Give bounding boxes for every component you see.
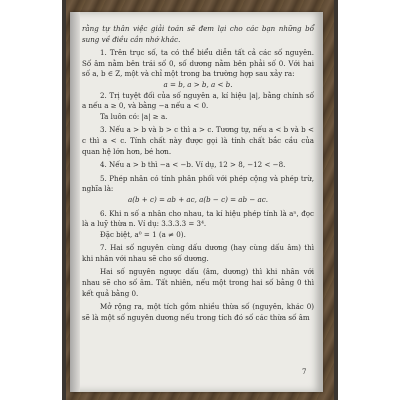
item-6-note: Đặc biệt, a⁰ = 1 (a ≠ 0). (82, 230, 314, 241)
item-7-b: Hai số nguyên ngược dấu (âm, dương) thì … (82, 267, 314, 299)
item-4: 4. Nếu a > b thì −a < −b. Ví dụ, 12 > 8,… (82, 160, 314, 171)
item-1: 1. Trên trục số, ta có thể biểu diễn tất… (82, 48, 314, 80)
item-2-note: Ta luôn có: |a| ≥ a. (82, 112, 314, 123)
page-content: rằng tự thân việc giải toán sẽ đem lại c… (82, 24, 314, 323)
page-spine-shadow (70, 12, 80, 392)
intro-text: rằng tự thân việc giải toán sẽ đem lại c… (82, 24, 314, 45)
item-1-formula: a = b, a > b, a < b. (82, 80, 314, 91)
item-7: 7. Hai số nguyên cùng dấu dương (hay cùn… (82, 243, 314, 264)
item-5-formula: a(b + c) = ab + ac, a(b − c) = ab − ac. (82, 195, 314, 206)
item-7-c: Mở rộng ra, một tích gồm nhiều thừa số (… (82, 302, 314, 323)
page-number: 7 (302, 368, 306, 376)
item-2: 2. Trị tuyệt đối của số nguyên a, kí hiệ… (82, 91, 314, 112)
item-6: 6. Khi n số a nhân cho nhau, ta kí hiệu … (82, 209, 314, 230)
item-5: 5. Phép nhân có tính phân phối với phép … (82, 174, 314, 195)
item-3: 3. Nếu a > b và b > c thì a > c. Tương t… (82, 125, 314, 157)
